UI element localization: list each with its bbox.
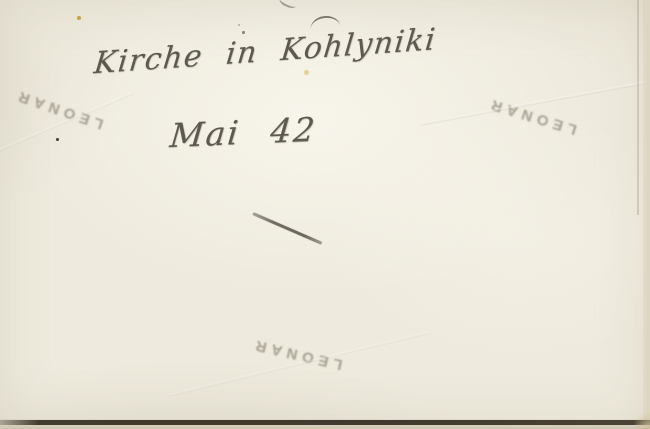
- pencil-dash-mark: [252, 212, 322, 244]
- pencil-stroke-top-edge: [278, 0, 298, 10]
- inscription-line-2: Mai 42: [168, 110, 318, 156]
- paper-edge-right: [643, 0, 650, 429]
- paper-speck-yellow: [77, 16, 81, 20]
- paper-stain-yellow: [304, 70, 309, 75]
- pencil-dot: [242, 31, 245, 34]
- paper-edge-crease-right: [637, 0, 639, 215]
- photo-paper: LEONAR LEONAR LEONAR Kirche in Kohlyniki…: [0, 0, 650, 429]
- pencil-dot-small: [238, 24, 240, 26]
- inscription-line-1: Kirche in Kohlyniki: [92, 22, 438, 81]
- paper-corner-bottom-right: [634, 411, 650, 429]
- photo-back-scan: LEONAR LEONAR LEONAR Kirche in Kohlyniki…: [0, 0, 650, 429]
- paper-speck-dark: [56, 138, 59, 141]
- pencil-flourish-stroke: [309, 14, 340, 29]
- paper-crease-bottom: [168, 331, 431, 397]
- surface-below-paper: [0, 425, 650, 429]
